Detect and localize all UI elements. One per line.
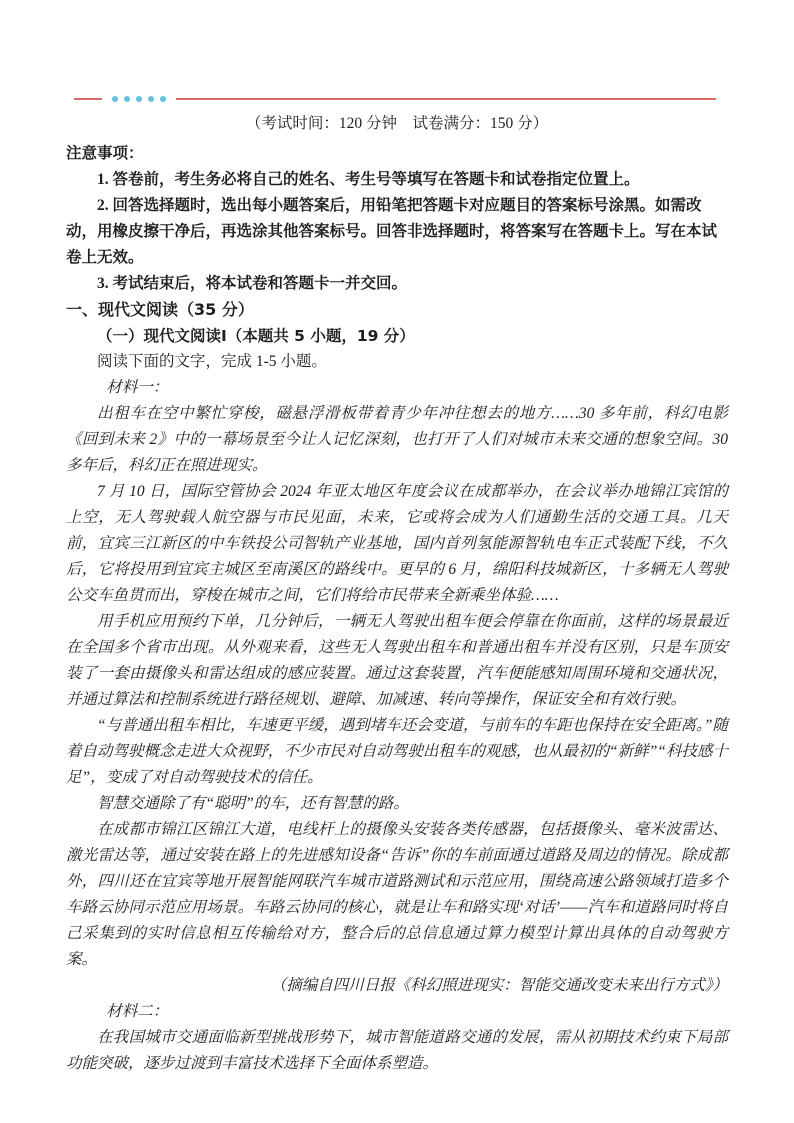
dots-ornament: [112, 96, 166, 102]
header-divider: [74, 95, 716, 103]
divider-line-right: [176, 98, 716, 100]
material-1-paragraph: 智慧交通除了有“聪明”的车，还有智慧的路。: [66, 791, 728, 817]
reading-instruction: 阅读下面的文字，完成 1-5 小题。: [66, 349, 728, 375]
material-1-paragraph: 出租车在空中繁忙穿梭，磁悬浮滑板带着青少年冲往想去的地方……30 多年前，科幻电…: [66, 401, 728, 479]
material-2-paragraph: 在我国城市交通面临新型挑战形势下，城市智能道路交通的发展，需从初期技术约束下局部…: [66, 1025, 728, 1077]
notice-item-1: 1. 答卷前，考生务必将自己的姓名、考生号等填写在答题卡和试卷指定位置上。: [66, 167, 728, 193]
subsection-heading-reading-1: （一）现代文阅读Ⅰ（本题共 5 小题，19 分）: [66, 323, 728, 349]
dot-icon: [112, 96, 118, 102]
notice-item-3: 3. 考试结束后，将本试卷和答题卡一并交回。: [66, 271, 728, 297]
material-2-label: 材料二：: [66, 999, 728, 1025]
exam-time-info: （考试时间：120 分钟 试卷满分：150 分）: [66, 111, 728, 137]
material-1-paragraph: 在成都市锦江区锦江大道，电线杆上的摄像头安装各类传感器，包括摄像头、毫米波雷达、…: [66, 817, 728, 973]
section-heading-modern-reading: 一、现代文阅读（35 分）: [66, 297, 728, 323]
dot-icon: [160, 96, 166, 102]
material-1-paragraph: “与普通出租车相比，车速更平缓，遇到堵车还会变道，与前车的车距也保持在安全距离。…: [66, 713, 728, 791]
dot-icon: [124, 96, 130, 102]
divider-line-left: [74, 98, 102, 100]
material-1-paragraph: 用手机应用预约下单，几分钟后，一辆无人驾驶出租车便会停靠在你面前，这样的场景最近…: [66, 609, 728, 713]
exam-paper-page: （考试时间：120 分钟 试卷满分：150 分） 注意事项： 1. 答卷前，考生…: [0, 0, 794, 1123]
material-1-paragraph: 7 月 10 日，国际空管协会 2024 年亚太地区年度会议在成都举办，在会议举…: [66, 479, 728, 609]
notice-title: 注意事项：: [66, 141, 728, 167]
notice-item-2: 2. 回答选择题时，选出每小题答案后，用铅笔把答题卡对应题目的答案标号涂黑。如需…: [66, 193, 728, 271]
material-1-attribution: （摘编自四川日报《科幻照进现实：智能交通改变未来出行方式》）: [66, 973, 728, 999]
dot-icon: [136, 96, 142, 102]
dot-icon: [148, 96, 154, 102]
material-1-label: 材料一：: [66, 375, 728, 401]
